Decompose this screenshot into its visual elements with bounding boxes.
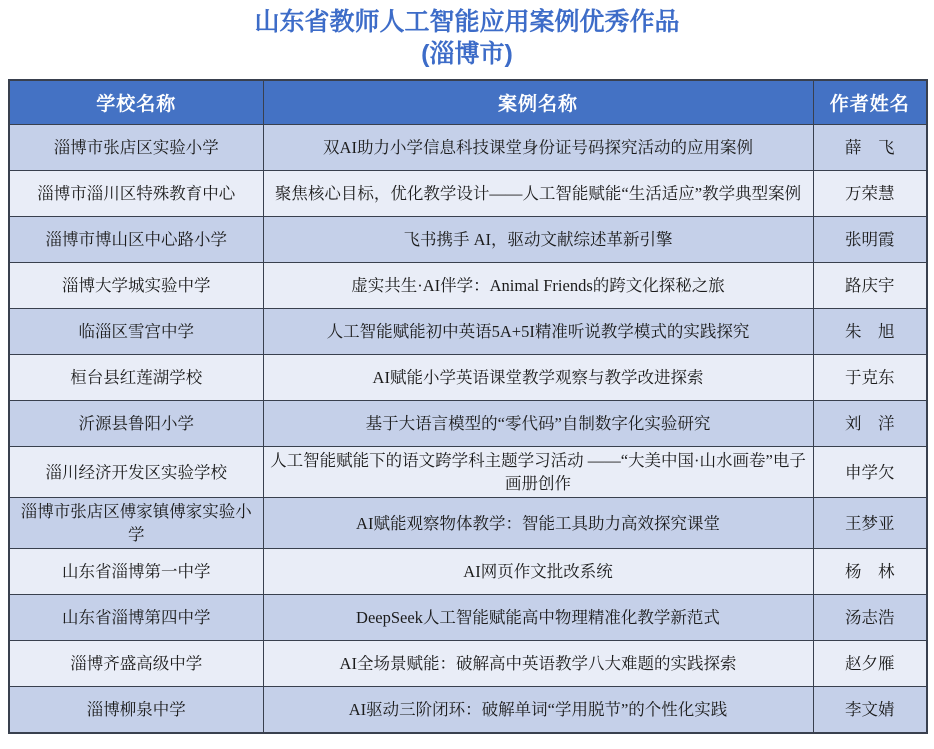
table-row: 淄博齐盛高级中学 AI全场景赋能：破解高中英语教学八大难题的实践探索 赵夕雁 bbox=[9, 641, 927, 687]
school-cell: 淄博柳泉中学 bbox=[9, 687, 263, 733]
awards-table: 学校名称 案例名称 作者姓名 淄博市张店区实验小学 双AI助力小学信息科技课堂身… bbox=[8, 79, 928, 734]
author-cell: 汤志浩 bbox=[813, 595, 927, 641]
case-cell: 虚实共生·AI伴学：Animal Friends的跨文化探秘之旅 bbox=[263, 263, 813, 309]
author-cell: 刘 洋 bbox=[813, 401, 927, 447]
school-cell: 山东省淄博第四中学 bbox=[9, 595, 263, 641]
case-cell: 人工智能赋能下的语文跨学科主题学习活动 ——“大美中国·山水画卷”电子画册创作 bbox=[263, 447, 813, 498]
school-cell: 淄博市淄川区特殊教育中心 bbox=[9, 171, 263, 217]
school-cell: 淄川经济开发区实验学校 bbox=[9, 447, 263, 498]
case-cell: AI驱动三阶闭环：破解单词“学用脱节”的个性化实践 bbox=[263, 687, 813, 733]
column-header-author: 作者姓名 bbox=[813, 80, 927, 125]
case-cell: AI赋能观察物体教学：智能工具助力高效探究课堂 bbox=[263, 498, 813, 549]
school-cell: 临淄区雪宫中学 bbox=[9, 309, 263, 355]
school-cell: 桓台县红莲湖学校 bbox=[9, 355, 263, 401]
school-cell: 淄博市张店区实验小学 bbox=[9, 125, 263, 171]
table-row: 淄博市张店区实验小学 双AI助力小学信息科技课堂身份证号码探究活动的应用案例 薛… bbox=[9, 125, 927, 171]
school-cell: 沂源县鲁阳小学 bbox=[9, 401, 263, 447]
author-cell: 杨 林 bbox=[813, 549, 927, 595]
school-cell: 山东省淄博第一中学 bbox=[9, 549, 263, 595]
case-cell: 飞书携手 AI，驱动文献综述革新引擎 bbox=[263, 217, 813, 263]
case-cell: 人工智能赋能初中英语5A+5I精准听说教学模式的实践探究 bbox=[263, 309, 813, 355]
author-cell: 万荣慧 bbox=[813, 171, 927, 217]
case-cell: 基于大语言模型的“零代码”自制数字化实验研究 bbox=[263, 401, 813, 447]
table-row: 淄川经济开发区实验学校 人工智能赋能下的语文跨学科主题学习活动 ——“大美中国·… bbox=[9, 447, 927, 498]
page: 山东省教师人工智能应用案例优秀作品 (淄博市) 学校名称 案例名称 作者姓名 淄… bbox=[0, 0, 934, 734]
table-row: 山东省淄博第四中学 DeepSeek人工智能赋能高中物理精准化教学新范式 汤志浩 bbox=[9, 595, 927, 641]
column-header-case: 案例名称 bbox=[263, 80, 813, 125]
author-cell: 王梦亚 bbox=[813, 498, 927, 549]
author-cell: 于克东 bbox=[813, 355, 927, 401]
case-cell: AI网页作文批改系统 bbox=[263, 549, 813, 595]
table-row: 桓台县红莲湖学校 AI赋能小学英语课堂教学观察与教学改进探索 于克东 bbox=[9, 355, 927, 401]
author-cell: 赵夕雁 bbox=[813, 641, 927, 687]
table-row: 临淄区雪宫中学 人工智能赋能初中英语5A+5I精准听说教学模式的实践探究 朱 旭 bbox=[9, 309, 927, 355]
table-row: 淄博柳泉中学 AI驱动三阶闭环：破解单词“学用脱节”的个性化实践 李文婧 bbox=[9, 687, 927, 733]
page-subtitle: (淄博市) bbox=[0, 38, 934, 70]
table-row: 淄博市张店区傅家镇傅家实验小学 AI赋能观察物体教学：智能工具助力高效探究课堂 … bbox=[9, 498, 927, 549]
table-row: 淄博大学城实验中学 虚实共生·AI伴学：Animal Friends的跨文化探秘… bbox=[9, 263, 927, 309]
author-cell: 李文婧 bbox=[813, 687, 927, 733]
column-header-school: 学校名称 bbox=[9, 80, 263, 125]
author-cell: 朱 旭 bbox=[813, 309, 927, 355]
case-cell: 双AI助力小学信息科技课堂身份证号码探究活动的应用案例 bbox=[263, 125, 813, 171]
header-row: 学校名称 案例名称 作者姓名 bbox=[9, 80, 927, 125]
case-cell: AI赋能小学英语课堂教学观察与教学改进探索 bbox=[263, 355, 813, 401]
author-cell: 路庆宇 bbox=[813, 263, 927, 309]
case-cell: 聚焦核心目标，优化教学设计——人工智能赋能“生活适应”教学典型案例 bbox=[263, 171, 813, 217]
author-cell: 薛 飞 bbox=[813, 125, 927, 171]
school-cell: 淄博市张店区傅家镇傅家实验小学 bbox=[9, 498, 263, 549]
case-cell: DeepSeek人工智能赋能高中物理精准化教学新范式 bbox=[263, 595, 813, 641]
author-cell: 张明霞 bbox=[813, 217, 927, 263]
table-row: 淄博市博山区中心路小学 飞书携手 AI，驱动文献综述革新引擎 张明霞 bbox=[9, 217, 927, 263]
author-cell: 申学欠 bbox=[813, 447, 927, 498]
table-row: 淄博市淄川区特殊教育中心 聚焦核心目标，优化教学设计——人工智能赋能“生活适应”… bbox=[9, 171, 927, 217]
school-cell: 淄博齐盛高级中学 bbox=[9, 641, 263, 687]
page-title: 山东省教师人工智能应用案例优秀作品 bbox=[0, 0, 934, 38]
table-row: 沂源县鲁阳小学 基于大语言模型的“零代码”自制数字化实验研究 刘 洋 bbox=[9, 401, 927, 447]
school-cell: 淄博大学城实验中学 bbox=[9, 263, 263, 309]
case-cell: AI全场景赋能：破解高中英语教学八大难题的实践探索 bbox=[263, 641, 813, 687]
school-cell: 淄博市博山区中心路小学 bbox=[9, 217, 263, 263]
table-row: 山东省淄博第一中学 AI网页作文批改系统 杨 林 bbox=[9, 549, 927, 595]
